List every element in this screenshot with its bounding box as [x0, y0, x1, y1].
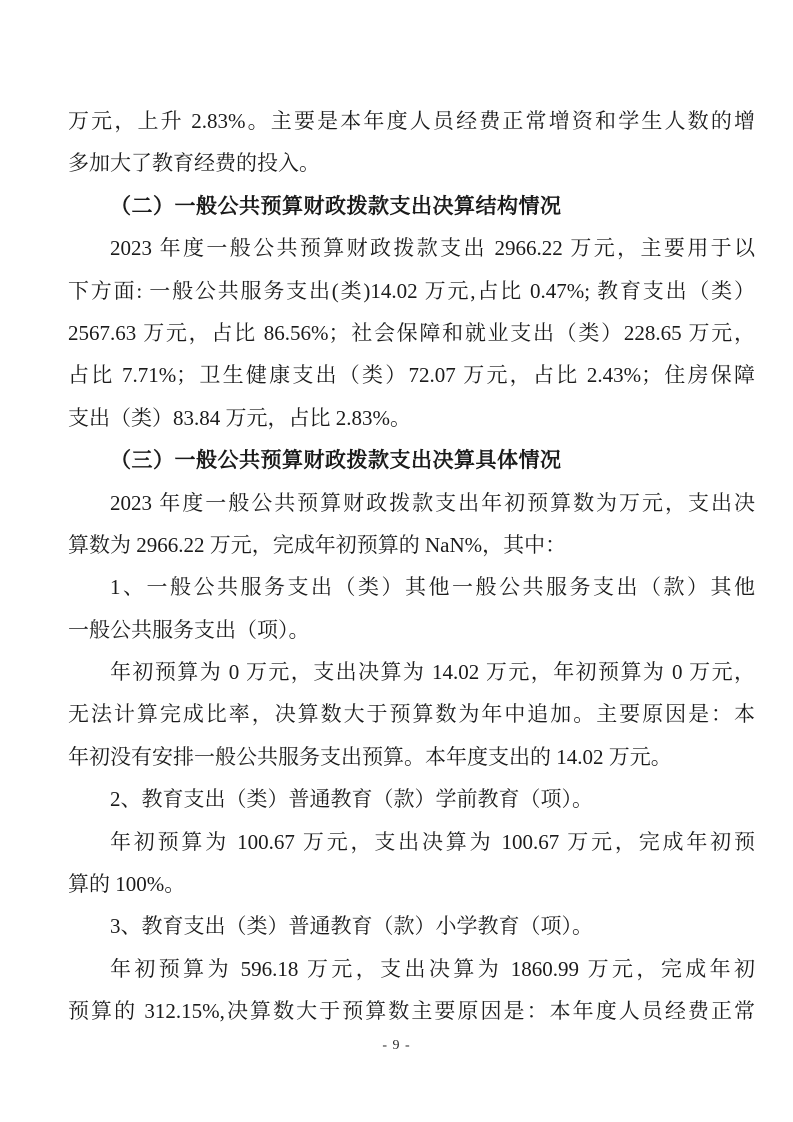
- text-line: 下方面: 一般公共服务支出(类)14.02 万元,占比 0.47%; 教育支出（…: [68, 270, 755, 312]
- text-line: 2567.63 万元，占比 86.56%；社会保障和就业支出（类）228.65 …: [68, 312, 755, 354]
- text-line: 2023 年度一般公共预算财政拨款支出 2966.22 万元，主要用于以: [68, 227, 755, 269]
- text-line: 算的 100%。: [68, 863, 755, 905]
- document-body: 万元，上升 2.83%。主要是本年度人员经费正常增资和学生人数的增多加大了教育经…: [68, 100, 755, 1033]
- text-line: 支出（类）83.84 万元，占比 2.83%。: [68, 397, 755, 439]
- text-line: 占比 7.71%；卫生健康支出（类）72.07 万元，占比 2.43%；住房保障: [68, 354, 755, 396]
- text-line: 一般公共服务支出（项）。: [68, 609, 755, 651]
- page-number: - 9 -: [0, 1034, 793, 1058]
- text-line: 1、一般公共服务支出（类）其他一般公共服务支出（款）其他: [68, 566, 755, 608]
- text-line: 无法计算完成比率，决算数大于预算数为年中追加。主要原因是：本: [68, 693, 755, 735]
- text-line: 多加大了教育经费的投入。: [68, 142, 755, 184]
- text-line: 年初没有安排一般公共服务支出预算。本年度支出的 14.02 万元。: [68, 736, 755, 778]
- section-heading: （三）一般公共预算财政拨款支出决算具体情况: [68, 439, 755, 481]
- text-line: 2023 年度一般公共预算财政拨款支出年初预算数为万元，支出决: [68, 482, 755, 524]
- text-line: 年初预算为 100.67 万元，支出决算为 100.67 万元，完成年初预: [68, 821, 755, 863]
- text-line: 万元，上升 2.83%。主要是本年度人员经费正常增资和学生人数的增: [68, 100, 755, 142]
- document-page: 万元，上升 2.83%。主要是本年度人员经费正常增资和学生人数的增多加大了教育经…: [0, 0, 793, 1122]
- section-heading: （二）一般公共预算财政拨款支出决算结构情况: [68, 185, 755, 227]
- text-line: 年初预算为 0 万元，支出决算为 14.02 万元，年初预算为 0 万元，: [68, 651, 755, 693]
- text-line: 算数为 2966.22 万元，完成年初预算的 NaN%，其中：: [68, 524, 755, 566]
- text-line: 3、教育支出（类）普通教育（款）小学教育（项）。: [68, 905, 755, 947]
- text-line: 预算的 312.15%,决算数大于预算数主要原因是：本年度人员经费正常: [68, 990, 755, 1032]
- text-line: 2、教育支出（类）普通教育（款）学前教育（项）。: [68, 778, 755, 820]
- text-line: 年初预算为 596.18 万元，支出决算为 1860.99 万元，完成年初: [68, 948, 755, 990]
